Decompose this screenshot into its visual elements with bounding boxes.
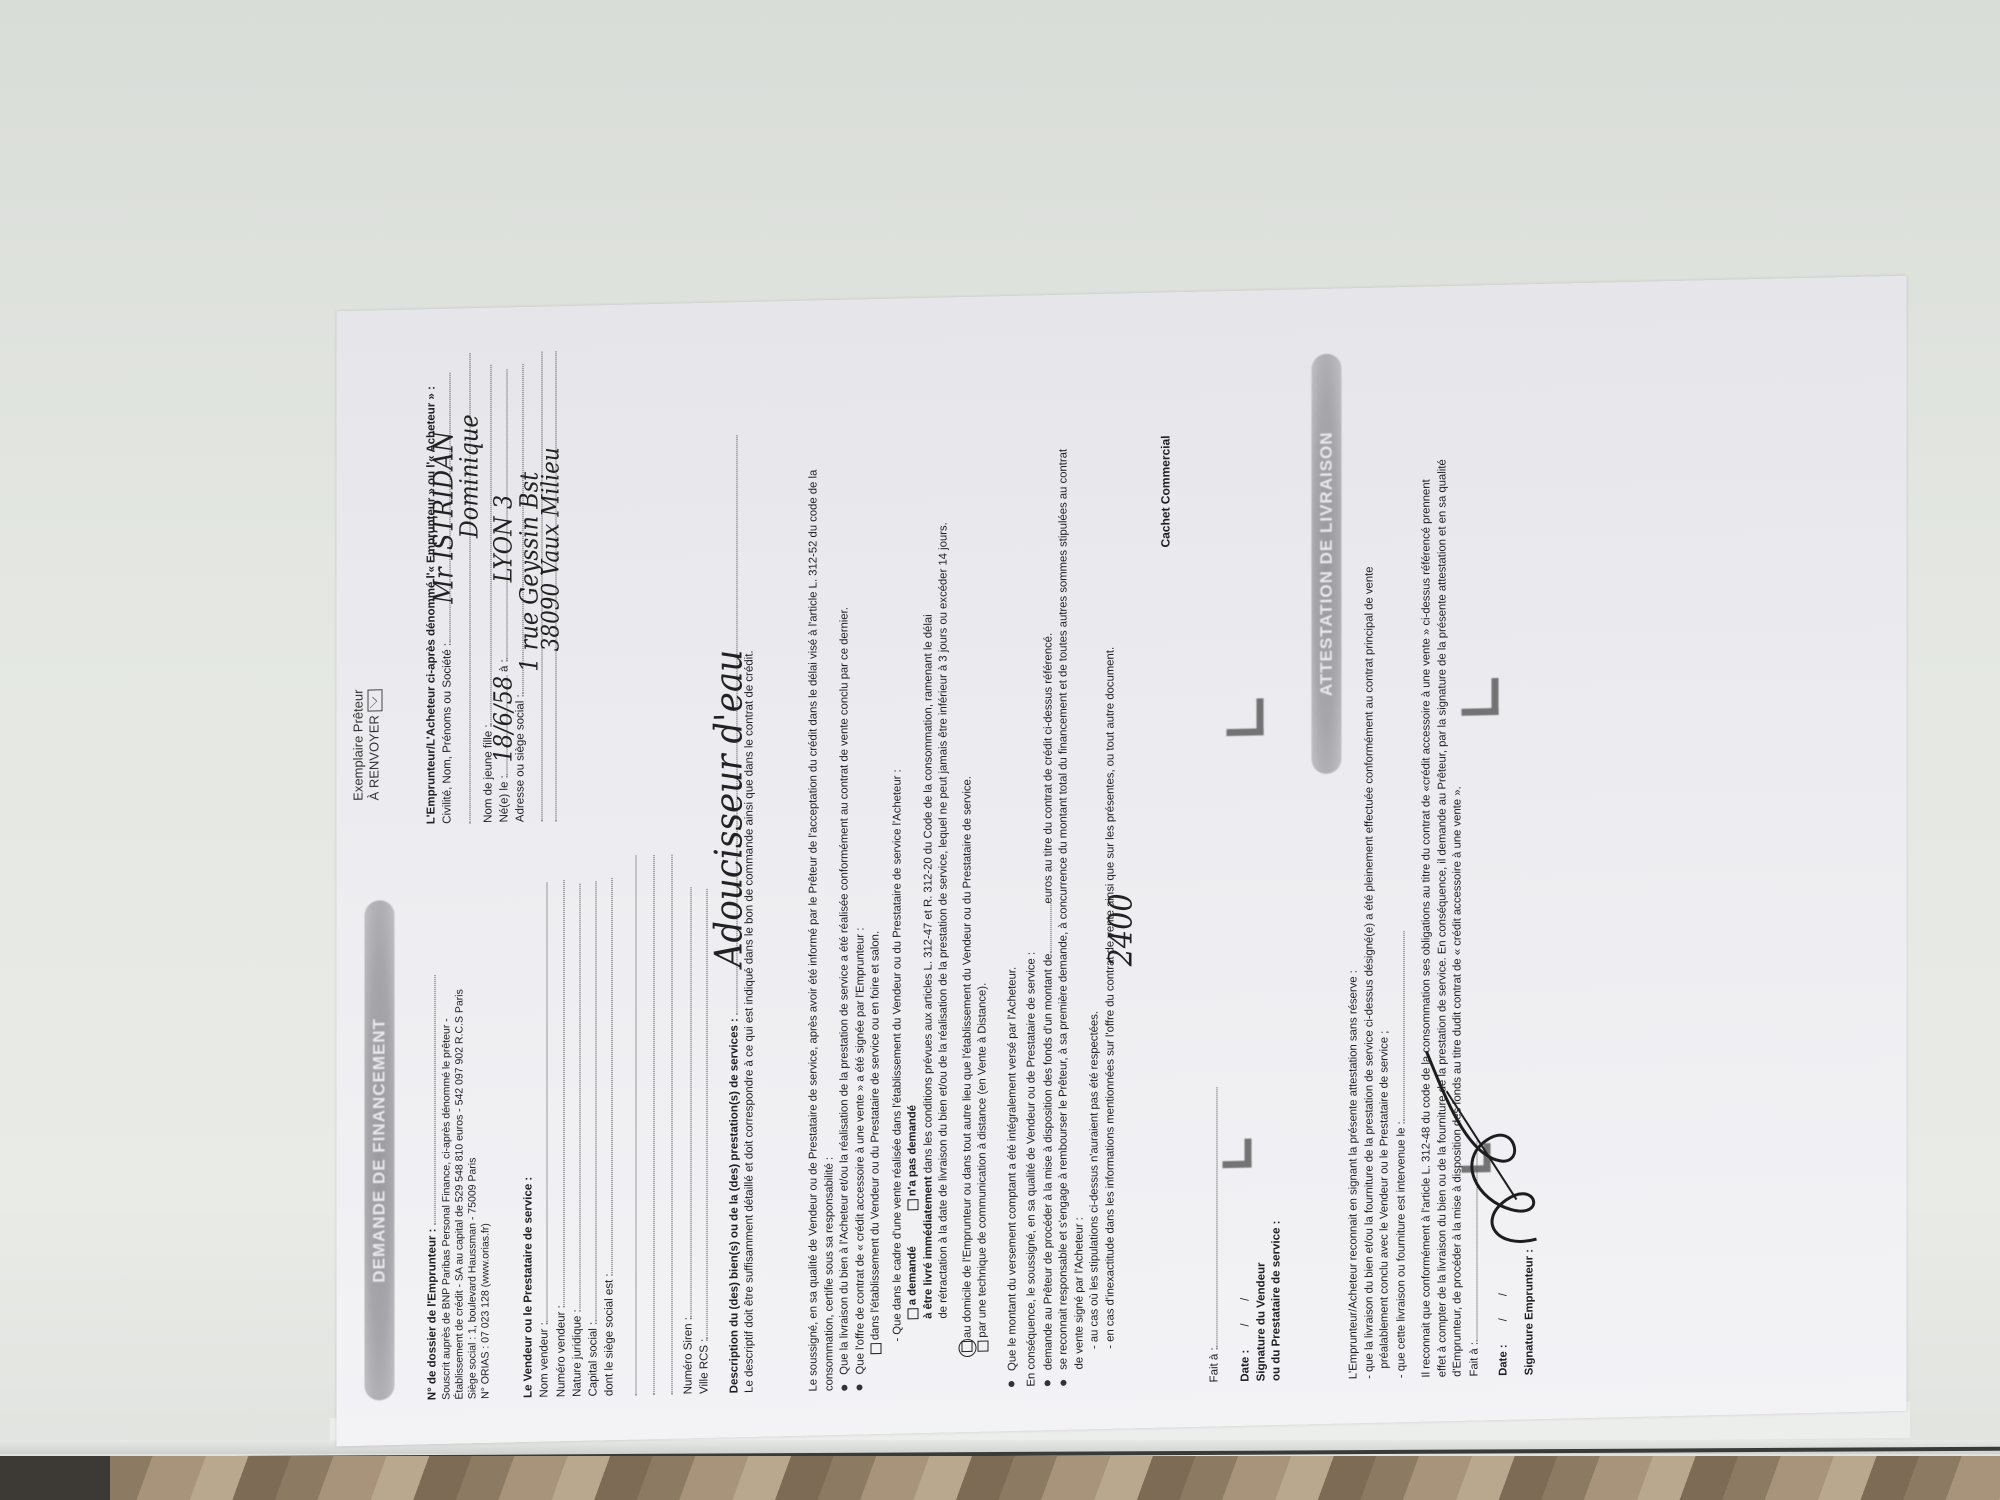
case-stipulations: - au cas où les stipulations ci-dessus n… bbox=[1088, 325, 1104, 1385]
checkbox-store[interactable] bbox=[870, 1343, 881, 1354]
civility-label: Civilité, Nom, Prénoms ou Société : bbox=[442, 643, 454, 824]
dossier-block: N° de dossier de l'Emprunteur : Souscrit… bbox=[425, 839, 493, 1401]
head-office-line3[interactable] bbox=[640, 855, 654, 1395]
bullet-icon bbox=[1060, 1380, 1066, 1386]
floor-rug bbox=[0, 1456, 110, 1500]
borrower-signature bbox=[1417, 1039, 1557, 1262]
option-not-asked-label: n'a pas demandé bbox=[907, 1105, 919, 1196]
immediate-delivery-bold: à être livré immédiatement bbox=[922, 1176, 934, 1319]
born-at-label: à : bbox=[498, 659, 510, 672]
vendor-place-field[interactable] bbox=[1207, 1087, 1218, 1347]
dossier-line: Siège social : 1, boulevard Haussman - 7… bbox=[467, 839, 480, 1399]
vendor-date-field[interactable]: / / bbox=[1240, 1298, 1252, 1327]
head-office-field[interactable] bbox=[602, 878, 613, 1273]
vendor-number-field[interactable] bbox=[553, 880, 564, 1305]
rcs-label: Ville RCS : bbox=[699, 1338, 711, 1394]
certification-offer-signed: Que l'offre de contrat de « crédit acces… bbox=[854, 927, 866, 1374]
dossier-line: Établissement de crédit - SA au capital … bbox=[454, 839, 467, 1399]
handwritten-firstname: Dominique bbox=[455, 414, 484, 539]
option-store-label: dans l'établissement du Vendeur ou du Pr… bbox=[870, 931, 882, 1340]
borrower-place-label: Fait à : bbox=[1468, 1342, 1480, 1377]
certification-block: Le soussigné, en sa qualité de Vendeur o… bbox=[807, 325, 1119, 1392]
financing-request-form: DEMANDE DE FINANCEMENT Exemplaire Prêteu… bbox=[337, 276, 1907, 1447]
bullet-icon bbox=[1045, 1380, 1051, 1386]
handwritten-description: Adoucisseur d'eau bbox=[707, 649, 751, 968]
siren-field[interactable] bbox=[680, 887, 691, 1317]
description-label: Description du (des) bien(s) ou de la (d… bbox=[729, 1018, 741, 1393]
copy-label-line2: À RENVOYER bbox=[367, 715, 382, 801]
consequence-text: En conséquence, le soussigné, en sa qual… bbox=[1025, 326, 1041, 1386]
dossier-line: N° ORIAS : 07 023 128 (www.orias.fr) bbox=[480, 839, 493, 1399]
copy-label-line1: Exemplaire Prêteur bbox=[351, 689, 367, 801]
certification-intro: Le soussigné, en sa qualité de Vendeur o… bbox=[807, 331, 823, 1391]
born-label: Né(e) le : bbox=[498, 775, 510, 823]
handwritten-birthplace: LYON 3 bbox=[489, 494, 518, 582]
head-office-label: dont le siège social est : bbox=[604, 1273, 616, 1396]
vendor-signature-label-cont: ou du Prestataire de service : bbox=[1269, 781, 1284, 1381]
vendor-name-label: Nom vendeur : bbox=[539, 1322, 551, 1398]
dossier-line: Souscrit auprès de BNP Paribas Personal … bbox=[441, 840, 454, 1400]
case-inaccuracy: - en cas d'inexactitude dans les informa… bbox=[1103, 325, 1119, 1385]
handwritten-address-line2: 38090 Vaux Milieu bbox=[537, 447, 565, 652]
funds-request-text: demande au Prêteur de procéder à la mise… bbox=[1042, 953, 1054, 1370]
down-payment-text: Que le montant du versement comptant a é… bbox=[1006, 967, 1018, 1371]
vendor-block: Le Vendeur ou le Prestataire de service … bbox=[522, 854, 713, 1398]
vendor-heading: Le Vendeur ou le Prestataire de service … bbox=[522, 858, 537, 1398]
form-title-banner: DEMANDE DE FINANCEMENT bbox=[365, 900, 395, 1401]
bullet-icon bbox=[841, 1385, 847, 1391]
vendor-number-label: Numéro vendeur : bbox=[555, 1305, 567, 1397]
responsibility-cont: de vente signé par l'Acheteur : bbox=[1072, 325, 1088, 1385]
floor-wood bbox=[110, 1456, 2000, 1500]
attestation-title: ATTESTATION DE LIVRAISON bbox=[1317, 431, 1337, 696]
envelope-icon bbox=[368, 689, 383, 711]
certification-delivery: Que la livraison du bien à l'Acheteur et… bbox=[839, 607, 851, 1375]
attestation-intro: L'Emprunteur/Acheteur reconnait en signa… bbox=[1347, 319, 1363, 1379]
signature-box-corner bbox=[1223, 1139, 1252, 1169]
checkbox-not-asked[interactable] bbox=[907, 1199, 918, 1210]
dossier-number-label: N° de dossier de l'Emprunteur : bbox=[427, 1228, 439, 1400]
signature-box-corner bbox=[1227, 698, 1264, 736]
attestation-delivery: - que la livraison du bien et/ou la four… bbox=[1362, 319, 1378, 1379]
handwritten-amount: 2400 bbox=[1102, 893, 1140, 967]
legal-nature-field[interactable] bbox=[569, 884, 580, 1309]
vendor-name-field[interactable] bbox=[537, 882, 548, 1322]
vendor-date-label: Date : bbox=[1240, 1350, 1252, 1382]
option-home-label: au domicile de l'Emprunteur ou dans tout… bbox=[961, 776, 973, 1338]
checkbox-home[interactable] bbox=[962, 1341, 973, 1352]
head-office-line2[interactable] bbox=[622, 856, 636, 1396]
responsibility-text: se reconnait responsable et s'engage à r… bbox=[1058, 449, 1070, 1370]
dossier-number-field[interactable] bbox=[425, 975, 436, 1225]
attestation-banner: ATTESTATION DE LIVRAISON bbox=[1312, 354, 1342, 775]
vendor-place-label: Fait à : bbox=[1209, 1347, 1221, 1382]
checkbox-remote[interactable] bbox=[977, 1341, 988, 1352]
option-asked-label: a demandé bbox=[907, 1246, 919, 1305]
form-title: DEMANDE DE FINANCEMENT bbox=[370, 1018, 390, 1283]
attestation-date-label: - que cette livraison ou fourniture est … bbox=[1395, 1121, 1407, 1378]
borrower-date-label: Date : bbox=[1498, 1344, 1510, 1376]
capital-label: Capital social : bbox=[588, 1322, 600, 1397]
certification-intro-cont: consommation, certifie sous sa responsab… bbox=[822, 331, 838, 1391]
head-office-line4[interactable] bbox=[658, 855, 672, 1395]
stamp-label: Cachet Commercial bbox=[1159, 435, 1174, 547]
vendor-signature-block: Fait à : Date : / / Signature du Vendeur… bbox=[1207, 781, 1285, 1383]
funds-request-suffix: euros au titre du contrat de crédit ci-d… bbox=[1042, 633, 1054, 904]
vendor-signature-label: Signature du Vendeur bbox=[1254, 781, 1269, 1381]
capital-field[interactable] bbox=[586, 882, 597, 1322]
bullet-icon bbox=[1009, 1381, 1015, 1387]
attestation-date-field[interactable] bbox=[1393, 931, 1404, 1121]
siren-label: Numéro Siren : bbox=[682, 1317, 694, 1395]
retraction-text: de rétractation à la date de livraison d… bbox=[937, 328, 953, 1388]
signature-box-corner bbox=[1462, 678, 1499, 716]
immediate-delivery-text: dans les conditions prévues aux articles… bbox=[922, 614, 934, 1176]
bullet-icon bbox=[857, 1384, 863, 1390]
handwritten-birthdate: 18/6/58 bbox=[489, 676, 518, 763]
sale-context: - Que dans le cadre d'une vente réalisée… bbox=[890, 329, 906, 1389]
borrower-date-field[interactable]: / / bbox=[1498, 1293, 1510, 1322]
attestation-delivery-cont: préalablement conclu avec le Vendeur ou … bbox=[1378, 318, 1394, 1378]
option-remote-label: par une technique de communication à dis… bbox=[977, 983, 989, 1338]
copy-label: Exemplaire Prêteur À RENVOYER bbox=[351, 689, 383, 801]
legal-nature-label: Nature juridique : bbox=[571, 1309, 583, 1397]
document-photo: DEMANDE DE FINANCEMENT Exemplaire Prêteu… bbox=[338, 288, 1906, 1433]
checkbox-asked[interactable] bbox=[907, 1308, 918, 1319]
amount-field[interactable] bbox=[1040, 903, 1051, 953]
